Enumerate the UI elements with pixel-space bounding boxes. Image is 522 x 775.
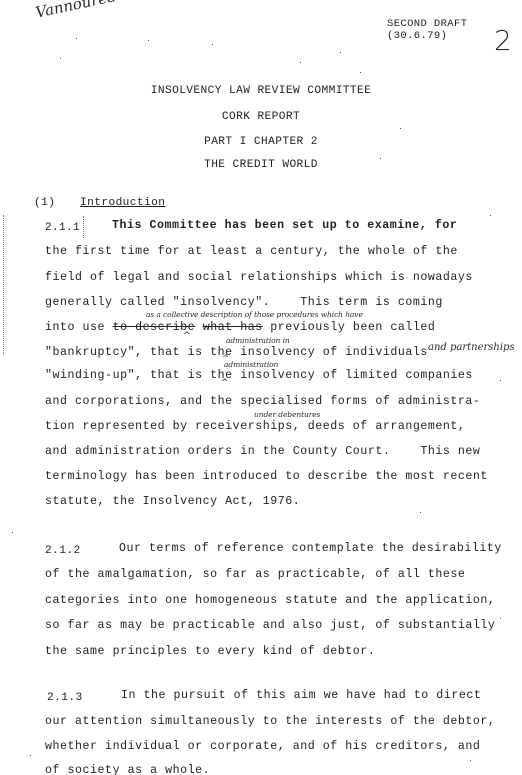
handwritten-insertion: under debentures	[254, 410, 320, 419]
paragraph-line: In the pursuit of this aim we have had t…	[121, 689, 481, 702]
draft-date: (30.6.79)	[387, 30, 447, 42]
paragraph-line: field of legal and social relationships …	[45, 271, 473, 284]
scan-speck	[470, 760, 471, 761]
scan-speck	[60, 58, 61, 59]
scan-speck	[300, 62, 301, 63]
struck-text: what has	[203, 321, 263, 334]
scan-speck	[12, 532, 13, 533]
committee-title: INSOLVENCY LAW REVIEW COMMITTEE	[0, 85, 522, 97]
margin-rule	[3, 215, 4, 355]
paragraph-line: of society as a whole.	[45, 764, 210, 775]
scan-speck	[500, 618, 501, 619]
scan-speck	[500, 380, 501, 381]
paragraph-line: "winding-up", that is the insolvency of …	[45, 369, 473, 382]
paragraph-line: tion represented by receiverships, deeds…	[45, 420, 465, 433]
paragraph-line: whether individual or corporate, and of …	[45, 740, 480, 753]
paragraph-number: 2.1.3	[47, 692, 83, 704]
scan-speck	[30, 755, 31, 756]
paragraph-line: so far as may be practicable and also ju…	[45, 619, 495, 632]
section-heading: Introduction	[80, 197, 165, 209]
scan-speck	[340, 52, 341, 53]
paragraph-number: 2.1.2	[45, 545, 81, 557]
paragraph-line: generally called "insolvency". This term…	[45, 296, 443, 309]
paragraph-line: This Committee has been set up to examin…	[112, 219, 457, 232]
paragraph-line: Our terms of reference contemplate the d…	[119, 542, 502, 555]
handwritten-insertion: administration in	[226, 336, 290, 345]
scan-speck	[212, 44, 213, 45]
scan-speck	[490, 215, 491, 216]
section-number: (1)	[34, 197, 55, 209]
chapter-title: THE CREDIT WORLD	[0, 159, 522, 171]
scan-speck	[420, 512, 421, 513]
scan-speck	[360, 72, 361, 73]
insertion-caret: ^	[221, 378, 229, 388]
part-chapter-title: PART I CHAPTER 2	[0, 136, 522, 148]
paragraph-line: and administration orders in the County …	[45, 445, 480, 458]
paragraph-line: categories into one homogeneous statute …	[45, 594, 495, 607]
paragraph-line: and corporations, and the specialised fo…	[45, 395, 480, 408]
handwritten-insertion: and partnerships	[428, 342, 515, 353]
paragraph-line: terminology has been introduced to descr…	[45, 470, 488, 483]
scan-speck	[400, 128, 401, 129]
handwritten-insertion: as a collective description of those pro…	[146, 310, 363, 319]
paragraph-line: into use to describe what has previously…	[45, 321, 435, 334]
scan-speck	[380, 158, 381, 159]
handwritten-page-number: 2	[494, 24, 512, 57]
draft-label: SECOND DRAFT	[387, 18, 467, 30]
scan-speck	[148, 40, 149, 41]
paragraph-line: the first time for at least a century, t…	[45, 245, 458, 258]
document-page: Vannoured 7/4 SECOND DRAFT (30.6.79) 2 I…	[0, 0, 522, 775]
paragraph-line: of the amalgamation, so far as practicab…	[45, 568, 465, 581]
scan-speck	[76, 38, 77, 39]
report-title: CORK REPORT	[0, 111, 522, 123]
paragraph-line: our attention simultaneously to the inte…	[45, 715, 495, 728]
paragraph-line: "bankruptcy", that is the insolvency of …	[45, 346, 428, 359]
handwritten-insertion: administration	[224, 360, 278, 369]
paragraph-line: the same principles to every kind of deb…	[45, 645, 375, 658]
handwritten-initials-note: Vannoured 7/4	[34, 0, 146, 22]
insertion-caret: ^	[183, 331, 191, 341]
paragraph-line: statute, the Insolvency Act, 1976.	[45, 495, 300, 508]
paragraph-number: 2.1.1	[45, 222, 80, 234]
paragraph-number-bracket	[83, 216, 84, 238]
